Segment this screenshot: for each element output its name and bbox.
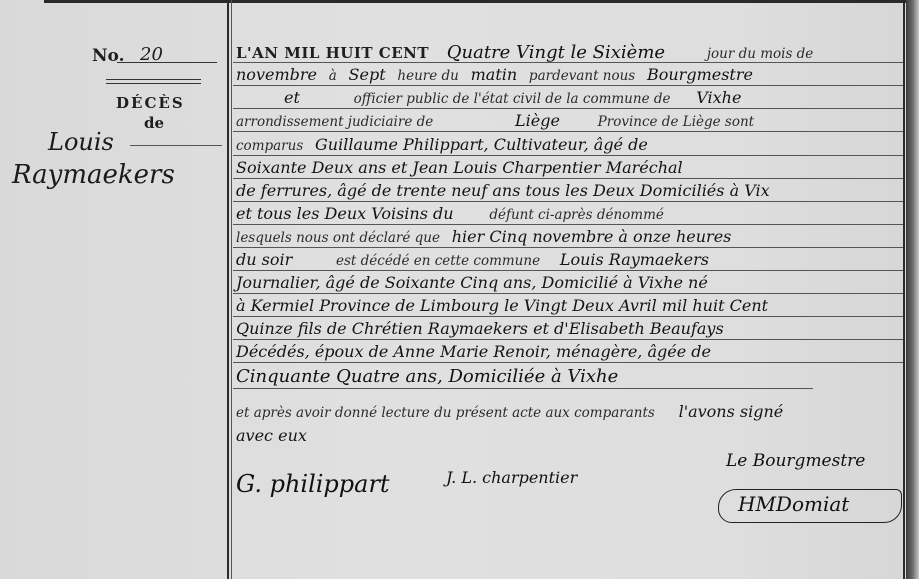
body-line-17: avec eux bbox=[236, 426, 315, 446]
officer-title-signature: Le Bourgmestre bbox=[726, 451, 865, 471]
ruled-line bbox=[233, 293, 903, 294]
handwritten-text: Louis Raymaekers bbox=[560, 250, 709, 269]
ruled-line bbox=[233, 85, 903, 86]
ruled-line bbox=[233, 108, 903, 109]
printed-text: Province de Liège sont bbox=[598, 114, 754, 130]
margin-double-rule bbox=[106, 79, 201, 84]
handwritten-text: Guillaume Philippart, Cultivateur, âgé d… bbox=[315, 135, 648, 154]
handwritten-text: avec eux bbox=[236, 426, 307, 445]
deceased-last-name: Raymaekers bbox=[12, 160, 175, 190]
ruled-line bbox=[233, 178, 903, 179]
printed-text: officier public de l'état civil de la co… bbox=[354, 91, 671, 107]
body-line-9: lesquels nous ont déclaré que hier Cinq … bbox=[236, 227, 739, 247]
page-binding-edge bbox=[906, 0, 919, 579]
handwritten-text: Journalier, âgé de Soixante Cinq ans, Do… bbox=[236, 273, 708, 292]
printed-text: pardevant nous bbox=[529, 68, 635, 84]
ruled-line bbox=[233, 224, 903, 225]
ruled-line bbox=[233, 201, 903, 202]
printed-header: L'AN MIL HUIT CENT bbox=[236, 44, 429, 62]
body-line-1: L'AN MIL HUIT CENT Quatre Vingt le Sixiè… bbox=[236, 42, 821, 63]
register-page: No. 20 DÉCÈS de Louis Raymaekers L'AN MI… bbox=[0, 0, 919, 579]
top-border-rule bbox=[44, 0, 919, 3]
handwritten-text: et bbox=[284, 88, 300, 107]
printed-text: arrondissement judiciaire de bbox=[236, 114, 433, 130]
handwritten-text: l'avons signé bbox=[679, 402, 784, 421]
handwritten-text: Vixhe bbox=[696, 88, 741, 107]
body-line-13: Quinze fils de Chrétien Raymaekers et d'… bbox=[236, 319, 732, 339]
ruled-line bbox=[233, 388, 813, 389]
right-border-rule bbox=[903, 0, 905, 579]
officer-signature: HMDomiat bbox=[738, 492, 849, 516]
printed-text: jour du mois de bbox=[707, 46, 813, 62]
handwritten-text: du soir bbox=[236, 250, 292, 269]
body-line-14: Décédés, époux de Anne Marie Renoir, mén… bbox=[236, 342, 719, 362]
ruled-line bbox=[233, 247, 903, 248]
witness-signature-charpentier: J. L. charpentier bbox=[446, 468, 577, 487]
deceased-first-name: Louis bbox=[48, 128, 114, 156]
body-line-8: et tous les Deux Voisins du défunt ci-ap… bbox=[236, 204, 672, 224]
deces-heading: DÉCÈS bbox=[116, 94, 185, 112]
handwritten-text: Quinze fils de Chrétien Raymaekers et d'… bbox=[236, 319, 724, 338]
ruled-line bbox=[233, 270, 903, 271]
handwritten-text: Soixante Deux ans et Jean Louis Charpent… bbox=[236, 158, 683, 177]
printed-text: heure du bbox=[397, 68, 458, 84]
body-line-11: Journalier, âgé de Soixante Cinq ans, Do… bbox=[236, 273, 716, 293]
entry-number-label: No. bbox=[92, 46, 125, 66]
handwritten-text: novembre bbox=[236, 65, 317, 84]
ruled-line bbox=[233, 155, 903, 156]
body-line-12: à Kermiel Province de Limbourg le Vingt … bbox=[236, 296, 776, 316]
handwritten-text: Décédés, époux de Anne Marie Renoir, mén… bbox=[236, 342, 711, 361]
body-line-2: novembre à Sept heure du matin pardevant… bbox=[236, 65, 761, 85]
body-line-10: du soir est décédé en cette commune Loui… bbox=[236, 250, 717, 270]
body-line-5: comparus Guillaume Philippart, Cultivate… bbox=[236, 135, 656, 155]
entry-number-underline bbox=[117, 62, 217, 63]
ruled-line bbox=[233, 339, 903, 340]
printed-text: lesquels nous ont déclaré que bbox=[236, 230, 440, 246]
body-line-16: et après avoir donné lecture du présent … bbox=[236, 402, 791, 422]
ruled-line bbox=[233, 316, 903, 317]
body-line-7: de ferrures, âgé de trente neuf ans tous… bbox=[236, 181, 778, 201]
printed-text: est décédé en cette commune bbox=[336, 253, 540, 269]
body-line-15: Cinquante Quatre ans, Domiciliée à Vixhe bbox=[236, 366, 626, 387]
deceased-name-underline bbox=[130, 145, 222, 146]
printed-text: et après avoir donné lecture du présent … bbox=[236, 405, 655, 421]
body-line-6: Soixante Deux ans et Jean Louis Charpent… bbox=[236, 158, 691, 178]
handwritten-text: de ferrures, âgé de trente neuf ans tous… bbox=[236, 181, 770, 200]
body-line-4: arrondissement judiciaire de Liège Provi… bbox=[236, 111, 762, 131]
ruled-line bbox=[233, 62, 903, 63]
printed-text: comparus bbox=[236, 138, 303, 154]
handwritten-text: et tous les Deux Voisins du bbox=[236, 204, 454, 223]
handwritten-text: Bourgmestre bbox=[647, 65, 753, 84]
handwritten-text: matin bbox=[471, 65, 518, 84]
body-line-3: et officier public de l'état civil de la… bbox=[236, 88, 749, 108]
handwritten-text: à Kermiel Province de Limbourg le Vingt … bbox=[236, 296, 768, 315]
deces-de: de bbox=[144, 114, 164, 132]
ruled-line bbox=[233, 362, 903, 363]
margin-divider-rule-inner bbox=[231, 0, 232, 579]
witness-signature-philippart: G. philippart bbox=[236, 470, 390, 498]
handwritten-text: Sept bbox=[349, 65, 386, 84]
handwritten-text: Quatre Vingt le Sixième bbox=[447, 42, 665, 63]
handwritten-text: Cinquante Quatre ans, Domiciliée à Vixhe bbox=[236, 366, 618, 387]
handwritten-text: Liège bbox=[515, 111, 560, 130]
handwritten-text: hier Cinq novembre à onze heures bbox=[452, 227, 732, 246]
printed-text: à bbox=[329, 68, 337, 84]
margin-divider-rule bbox=[227, 0, 229, 579]
printed-text: défunt ci-après dénommé bbox=[489, 207, 664, 223]
ruled-line bbox=[233, 131, 903, 132]
